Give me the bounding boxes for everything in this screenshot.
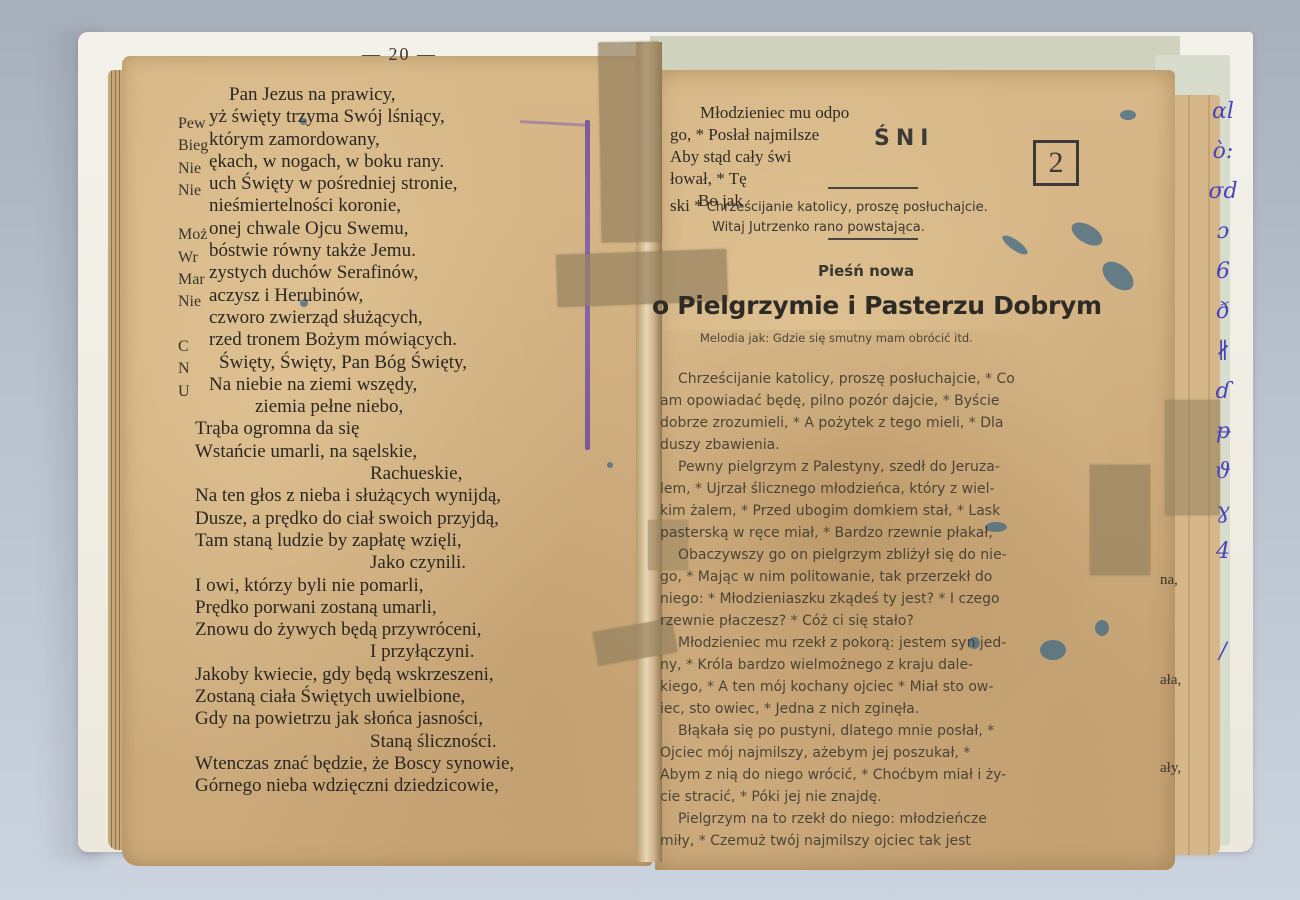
verse-line: Prędko porwani zostaną umarli, [195, 597, 615, 619]
handwritten-mark: 6 [1205, 252, 1241, 292]
handwritten-mark: / [1205, 632, 1241, 672]
song-line: go, * Mając w nim politowanie, tak przer… [660, 566, 1110, 588]
divider-rule [828, 187, 918, 189]
song-line: miły, * Czemuż twój najmilszy ojciec tak… [660, 830, 1110, 852]
handwritten-mark: σd [1205, 172, 1241, 212]
index-text: Chrześcijanie katolicy, proszę posłuchaj… [707, 200, 988, 215]
song-line: ny, * Króla bardzo wielmożnego z kraju d… [660, 654, 1110, 676]
verse-line: Staną śliczności. [195, 731, 615, 753]
verse-line: I owi, którzy byli nie pomarli, [195, 575, 615, 597]
verse-line: czworo zwierząd służących, [195, 307, 615, 329]
verse-line: onej chwale Ojcu Swemu, [195, 218, 615, 240]
handwritten-mark: ᵽ [1205, 412, 1241, 452]
index-prefix: ski * [670, 196, 703, 215]
verse-line: Na ten głos z nieba i służących wynijdą, [195, 485, 615, 507]
right-page-song-text: Chrześcijanie katolicy, proszę posłuchaj… [660, 368, 1110, 852]
verse-line: Gdy na powietrzu jak słońca jasności, [195, 708, 615, 730]
song-line: Chrześcijanie katolicy, proszę posłuchaj… [660, 368, 1110, 390]
song-line: Abym z nią do niego wrócić, * Choćbym mi… [660, 764, 1110, 786]
handwritten-mark: ɑl [1205, 92, 1241, 132]
verse-line: aczysz i Herubinów, [195, 285, 615, 307]
song-line: am opowiadać będę, pilno pozór dajcie, *… [660, 390, 1110, 412]
song-index: ski * Chrześcijanie katolicy, proszę pos… [670, 196, 988, 238]
handwritten-mark: ɔ [1205, 212, 1241, 252]
song-line: Pielgrzym na to rzekł do niego: młodzień… [660, 808, 1110, 830]
fragment-line: Aby stąd cały świ [670, 146, 1000, 168]
handwritten-mark: ò: [1205, 132, 1241, 172]
verse-line: bóstwie równy także Jemu. [195, 240, 615, 262]
song-subtitle: Pieśń nowa [818, 262, 914, 280]
song-line: kim żalem, * Przed ubogim domkiem stał, … [660, 500, 1110, 522]
fragment-line: Młodzieniec mu odpo [670, 102, 1000, 124]
index-entry: Witaj Jutrzenko rano powstająca. [670, 218, 988, 238]
handwritten-mark: ɗ [1205, 372, 1241, 412]
song-line: cie stracić, * Póki jej nie znajdę. [660, 786, 1110, 808]
verse-line: yż święty trzyma Swój lśniący, [195, 106, 615, 128]
song-line: Błąkała się po pustyni, dlatego mnie pos… [660, 720, 1110, 742]
verse-line: uch Święty w pośredniej stronie, [195, 173, 615, 195]
handwritten-mark: ð [1205, 292, 1241, 332]
song-line: dobrze zrozumieli, * A pożytek z tego mi… [660, 412, 1110, 434]
page-number: — 20 — [362, 44, 437, 65]
verse-line: Pan Jezus na prawicy, [195, 84, 615, 106]
verse-line: Górnego nieba wdzięczni dziedzicowie, [195, 775, 615, 797]
verse-line: ękach, w nogach, w boku rany. [195, 151, 615, 173]
verse-line: Zostaną ciała Świętych uwielbione, [195, 686, 615, 708]
song-line: duszy zbawienia. [660, 434, 1110, 456]
song-line: pasterską w ręce miał, * Bardzo rzewnie … [660, 522, 1110, 544]
verse-line: którym zamordowany, [195, 129, 615, 151]
verse-line: zystych duchów Serafinów, [195, 262, 615, 284]
verse-line: Jakoby kwiecie, gdy będą wskrzeszeni, [195, 664, 615, 686]
verse-line: Jako czynili. [195, 552, 615, 574]
edge-text-fragment: na, [1160, 572, 1178, 589]
section-heading-fragment: ŚNI [874, 126, 934, 151]
verse-line: ziemia pełne niebo, [195, 396, 615, 418]
verse-line: Święty, Święty, Pan Bóg Święty, [195, 352, 615, 374]
fragment-line: go, * Posłał najmilsze [670, 124, 1000, 146]
melody-note: Melodia jak: Gdzie się smutny mam obróci… [700, 331, 973, 345]
verse-line: nieśmiertelności koronie, [195, 195, 615, 217]
verse-line: Dusze, a prędko do ciał swoich przyjdą, [195, 508, 615, 530]
ink-stain [1120, 110, 1136, 120]
song-line: rzewnie płaczesz? * Cóż ci się stało? [660, 610, 1110, 632]
boxed-section-number: 2 [1033, 140, 1079, 186]
song-line: iec, sto owiec, * Jedna z nich zginęła. [660, 698, 1110, 720]
handwritten-mark: ∦ [1205, 332, 1241, 372]
edge-text-fragment: ała, [1160, 672, 1181, 689]
song-line: lem, * Ujrzał ślicznego młodzieńca, któr… [660, 478, 1110, 500]
index-entry: ski * Chrześcijanie katolicy, proszę pos… [670, 196, 988, 218]
left-page-hymn-text: Pan Jezus na prawicy, yż święty trzyma S… [195, 84, 615, 798]
verse-line: I przyłączyni. [195, 641, 615, 663]
verse-line: Rachueskie, [195, 463, 615, 485]
edge-text-fragment: ały, [1160, 760, 1181, 777]
song-title: o Pielgrzymie i Pasterzu Dobrym [652, 291, 1102, 320]
handwritten-mark: 4 [1205, 532, 1241, 572]
verse-line: rzed tronem Bożym mówiących. [195, 329, 615, 351]
song-line: Ojciec mój najmilszy, ażebym jej poszuka… [660, 742, 1110, 764]
verse-line: Na niebie na ziemi wszędy, [195, 374, 615, 396]
song-line: Pewny pielgrzym z Palestyny, szedł do Je… [660, 456, 1110, 478]
verse-line: Wstańcie umarli, na sąelskie, [195, 441, 615, 463]
verse-line: Znowu do żywych będą przywróceni, [195, 619, 615, 641]
verse-line: Trąba ogromna da się [195, 418, 615, 440]
index-text: Witaj Jutrzenko rano powstająca. [712, 220, 925, 235]
handwritten-mark: ϑ [1205, 452, 1241, 492]
handwritten-margin-notes: ɑl ò: σd ɔ 6 ð ∦ ɗ ᵽ ϑ ɣ 4 / [1205, 92, 1241, 672]
song-line: niego: * Młodzieniaszku zkądeś ty jest? … [660, 588, 1110, 610]
song-line: Obaczywszy go on pielgrzym zbliżył się d… [660, 544, 1110, 566]
divider-rule [828, 238, 918, 240]
song-line: kiego, * A ten mój kochany ojciec * Miał… [660, 676, 1110, 698]
verse-line: Tam staną ludzie by zapłatę wzięli, [195, 530, 615, 552]
song-line: Młodzieniec mu rzekł z pokorą: jestem sy… [660, 632, 1110, 654]
verse-line: Wtenczas znać będzie, że Boscy synowie, [195, 753, 615, 775]
handwritten-mark: ɣ [1205, 492, 1241, 532]
